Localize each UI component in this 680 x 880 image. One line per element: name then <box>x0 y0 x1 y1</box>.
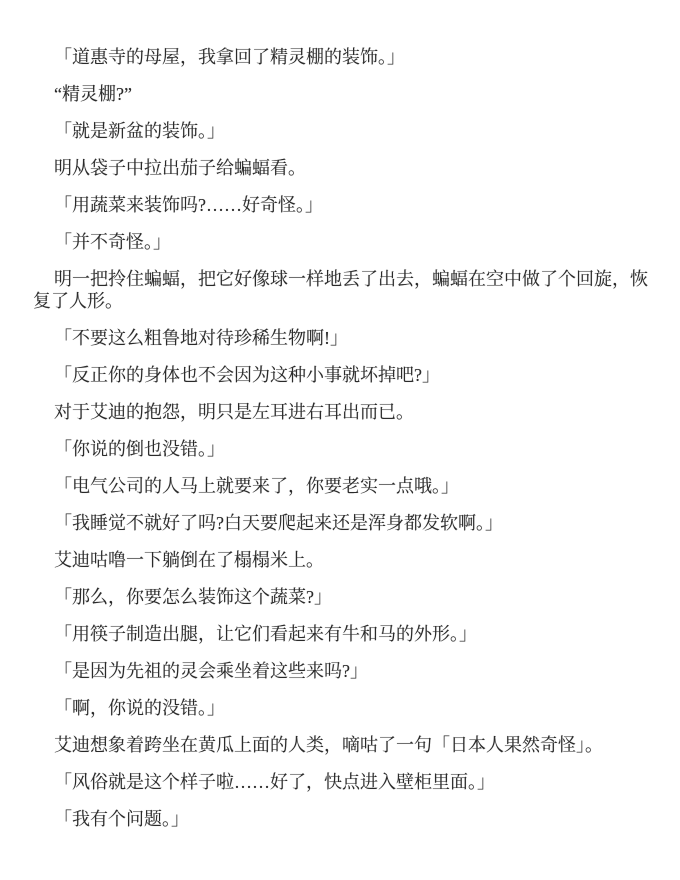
paragraph-9: 「反正你的身体也不会因为这种小事就坏掉吧?」 <box>33 364 650 386</box>
paragraph-18: 「啊，你说的没错。」 <box>33 697 650 719</box>
paragraph-8: 「不要这么粗鲁地对待珍稀生物啊!」 <box>33 327 650 349</box>
paragraph-7: 明一把拎住蝙蝠，把它好像球一样地丢了出去，蝙蝠在空中做了个回旋，恢复了人形。 <box>33 268 650 312</box>
paragraph-20: 「风俗就是这个样子啦……好了，快点进入壁柜里面。」 <box>33 771 650 793</box>
paragraph-12: 「电气公司的人马上就要来了，你要老实一点哦。」 <box>33 475 650 497</box>
paragraph-1: 「道惠寺的母屋，我拿回了精灵棚的装饰。」 <box>33 46 650 68</box>
paragraph-5: 「用蔬菜来装饰吗?……好奇怪。」 <box>33 194 650 216</box>
paragraph-16: 「用筷子制造出腿，让它们看起来有牛和马的外形。」 <box>33 623 650 645</box>
paragraph-6: 「并不奇怪。」 <box>33 231 650 253</box>
paragraph-13: 「我睡觉不就好了吗?白天要爬起来还是浑身都发软啊。」 <box>33 512 650 534</box>
paragraph-10: 对于艾迪的抱怨，明只是左耳进右耳出而已。 <box>33 401 650 423</box>
paragraph-19: 艾迪想象着跨坐在黄瓜上面的人类，嘀咕了一句「日本人果然奇怪」。 <box>33 734 650 756</box>
paragraph-17: 「是因为先祖的灵会乘坐着这些来吗?」 <box>33 660 650 682</box>
paragraph-3: 「就是新盆的装饰。」 <box>33 120 650 142</box>
paragraph-2: “精灵棚?” <box>33 83 650 105</box>
novel-page: 「道惠寺的母屋，我拿回了精灵棚的装饰。」 “精灵棚?” 「就是新盆的装饰。」 明… <box>0 0 680 880</box>
paragraph-15: 「那么，你要怎么装饰这个蔬菜?」 <box>33 586 650 608</box>
paragraph-14: 艾迪咕噜一下躺倒在了榻榻米上。 <box>33 549 650 571</box>
paragraph-21: 「我有个问题。」 <box>33 808 650 830</box>
paragraph-11: 「你说的倒也没错。」 <box>33 438 650 460</box>
paragraph-4: 明从袋子中拉出茄子给蝙蝠看。 <box>33 157 650 179</box>
